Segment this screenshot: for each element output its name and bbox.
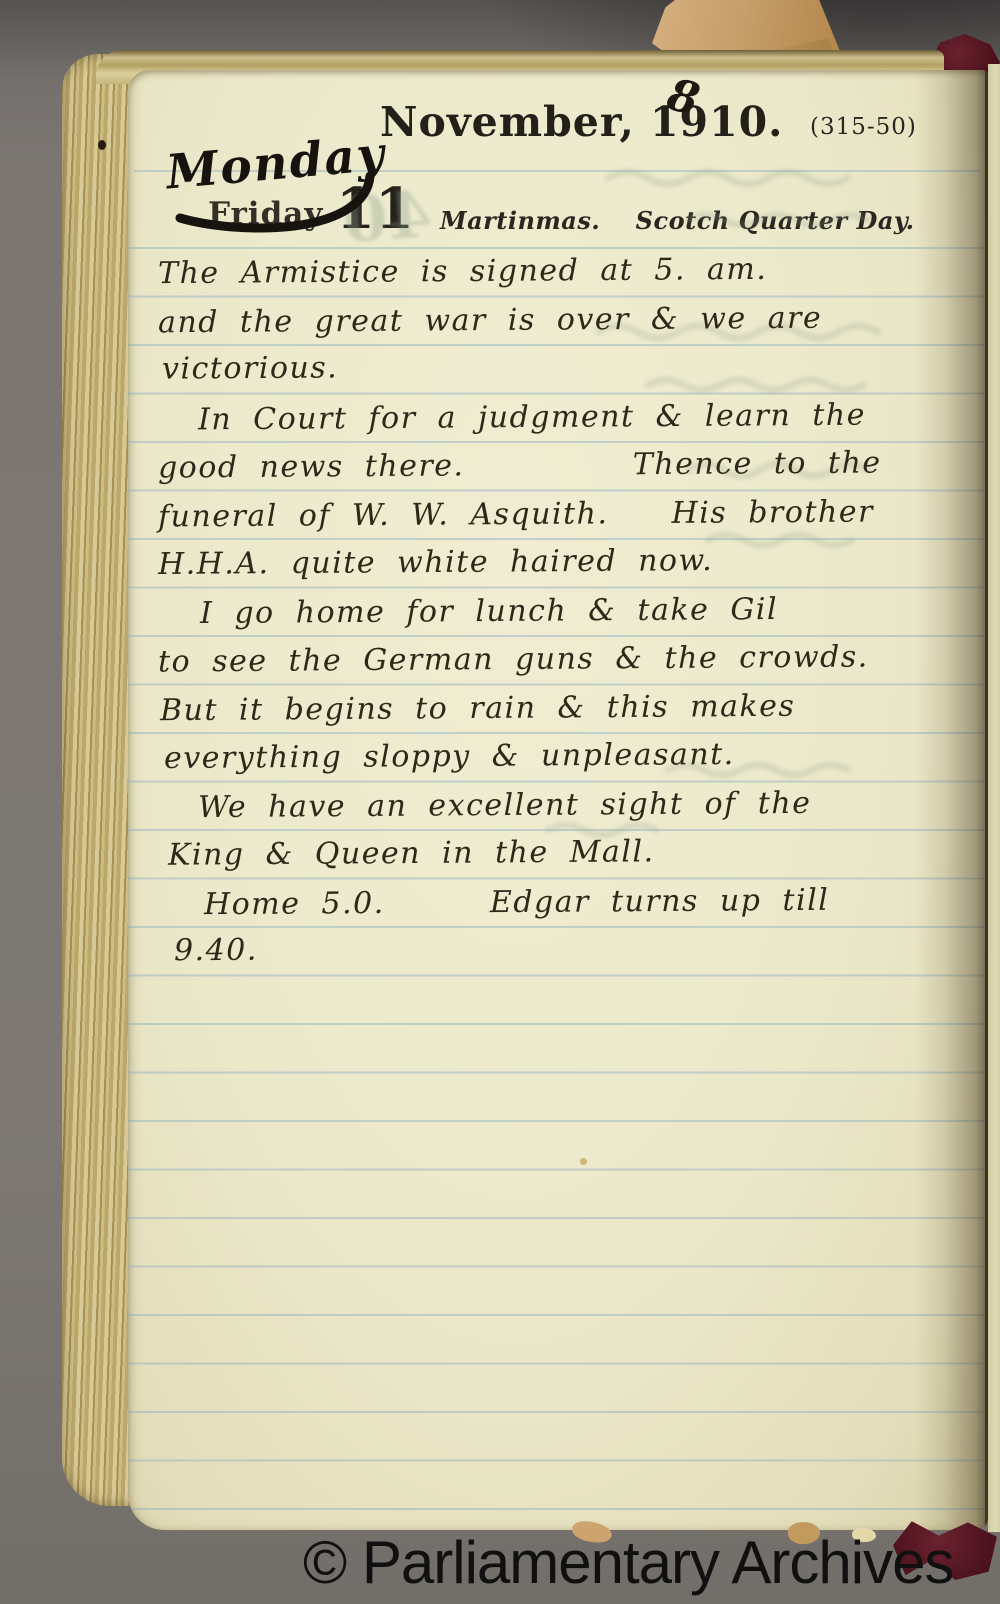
entry-line: and the great war is over & we are [158,301,822,341]
entry-line: But it begins to rain & this makes [160,689,796,728]
entry-line: 9.40. [174,933,258,969]
entry-line: I go home for lunch & take Gil [200,592,778,631]
ink-speck [98,140,106,150]
entry-line: H.H.A. quite white haired now. [158,543,713,582]
entry-line: King & Queen in the Mall. [168,834,655,872]
entry-line: The Armistice is signed at 5. am. [158,252,768,291]
diary-photo: 40 November, 1910. 8 (315-50) Monday Fri… [0,0,1000,1604]
entry-line: We have an excellent sight of the [198,786,812,825]
entry-line: everything sloppy & unpleasant. [164,737,735,776]
entry-line: In Court for a judgment & learn the [198,398,866,438]
diary-page: 40 November, 1910. 8 (315-50) Monday Fri… [128,70,988,1530]
facing-page-edge [988,64,1000,1532]
pen-strike-through [156,166,426,256]
paper-speck [580,1158,587,1165]
entry-line: good news there. Thence to the [158,445,882,485]
entry-line: funeral of W. W. Asquith. His brother [158,495,874,535]
copyright-watermark: © Parliamentary Archives [303,1528,953,1597]
entry-line: Home 5.0. Edgar turns up till [204,883,830,922]
entry-line: victorious. [162,350,338,386]
entry-line: to see the German guns & the crowds. [158,640,869,680]
